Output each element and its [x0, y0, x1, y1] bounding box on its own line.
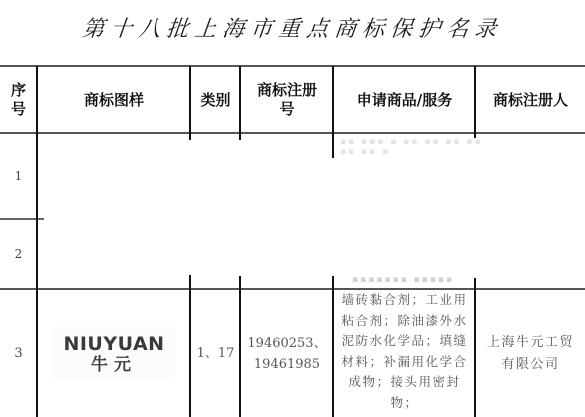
logo-text-cn: 牛元: [91, 355, 137, 375]
row3-goods-line6: 物；: [390, 393, 418, 414]
row3-goods-line2: 粘合剂；除油漆外水: [341, 311, 467, 332]
row3-goods-line4: 材料；补漏用化学合: [341, 352, 467, 373]
header-reg-no: 商标注册 号: [241, 67, 333, 133]
niuyuan-trademark-logo: NIUYUAN 牛元: [53, 327, 174, 381]
row3-class: 1、17: [191, 290, 240, 417]
header-index-line1: 序: [11, 81, 26, 100]
row1-index: 1: [0, 134, 37, 219]
header-class: 类别: [191, 67, 240, 133]
row3-index: 3: [0, 290, 37, 417]
row3-reg-no-2: 19461985: [254, 354, 320, 375]
header-reg-no-line1: 商标注册: [257, 81, 317, 100]
row3-owner-line2: 有限公司: [501, 354, 559, 376]
row3-reg-no-1: 19460253、: [247, 333, 326, 354]
row3-goods-line3: 泥防水化学品；填缝: [341, 331, 467, 352]
row3-logo-cell: NIUYUAN 牛元: [38, 290, 190, 417]
header-owner: 商标注册人: [476, 67, 585, 133]
header-index-line2: 号: [11, 100, 26, 119]
row3-owner: 上海牛元工贸 有限公司: [476, 290, 585, 417]
row2-faint-remnant: ▪▪▪▪▪▪▪ ▪▪▪▪▪: [352, 275, 454, 285]
row3-goods-line1: 墙砖黏合剂；工业用: [341, 290, 467, 311]
trademark-table: 序 号 商标图样 类别 商标注册 号 申请商品/服务 商标注册人 1 ▪▪ ▪▪…: [0, 0, 585, 417]
row3-goods: 墙砖黏合剂；工业用 粘合剂；除油漆外水 泥防水化学品；填缝 材料；补漏用化学合 …: [334, 290, 475, 417]
header-goods: 申请商品/服务: [334, 67, 475, 133]
row3-reg-no: 19460253、 19461985: [241, 290, 333, 417]
logo-text-en: NIUYUAN: [63, 333, 164, 355]
header-reg-no-line2: 号: [279, 100, 294, 119]
row1-faint-remnant: ▪▪ ▪▪▪ ▪ ▪▪ ▪▪ ▪▪ ▪▪: [340, 137, 483, 147]
row3-goods-line5: 成物；接头用密封: [348, 372, 460, 393]
row3-owner-line1: 上海牛元工贸: [487, 332, 574, 354]
row2-index: 2: [0, 220, 37, 288]
row1-faint-remnant-2: ▪▪ ▪▪ ▪: [340, 147, 390, 157]
header-index: 序 号: [0, 67, 37, 133]
header-logo: 商标图样: [38, 67, 190, 133]
